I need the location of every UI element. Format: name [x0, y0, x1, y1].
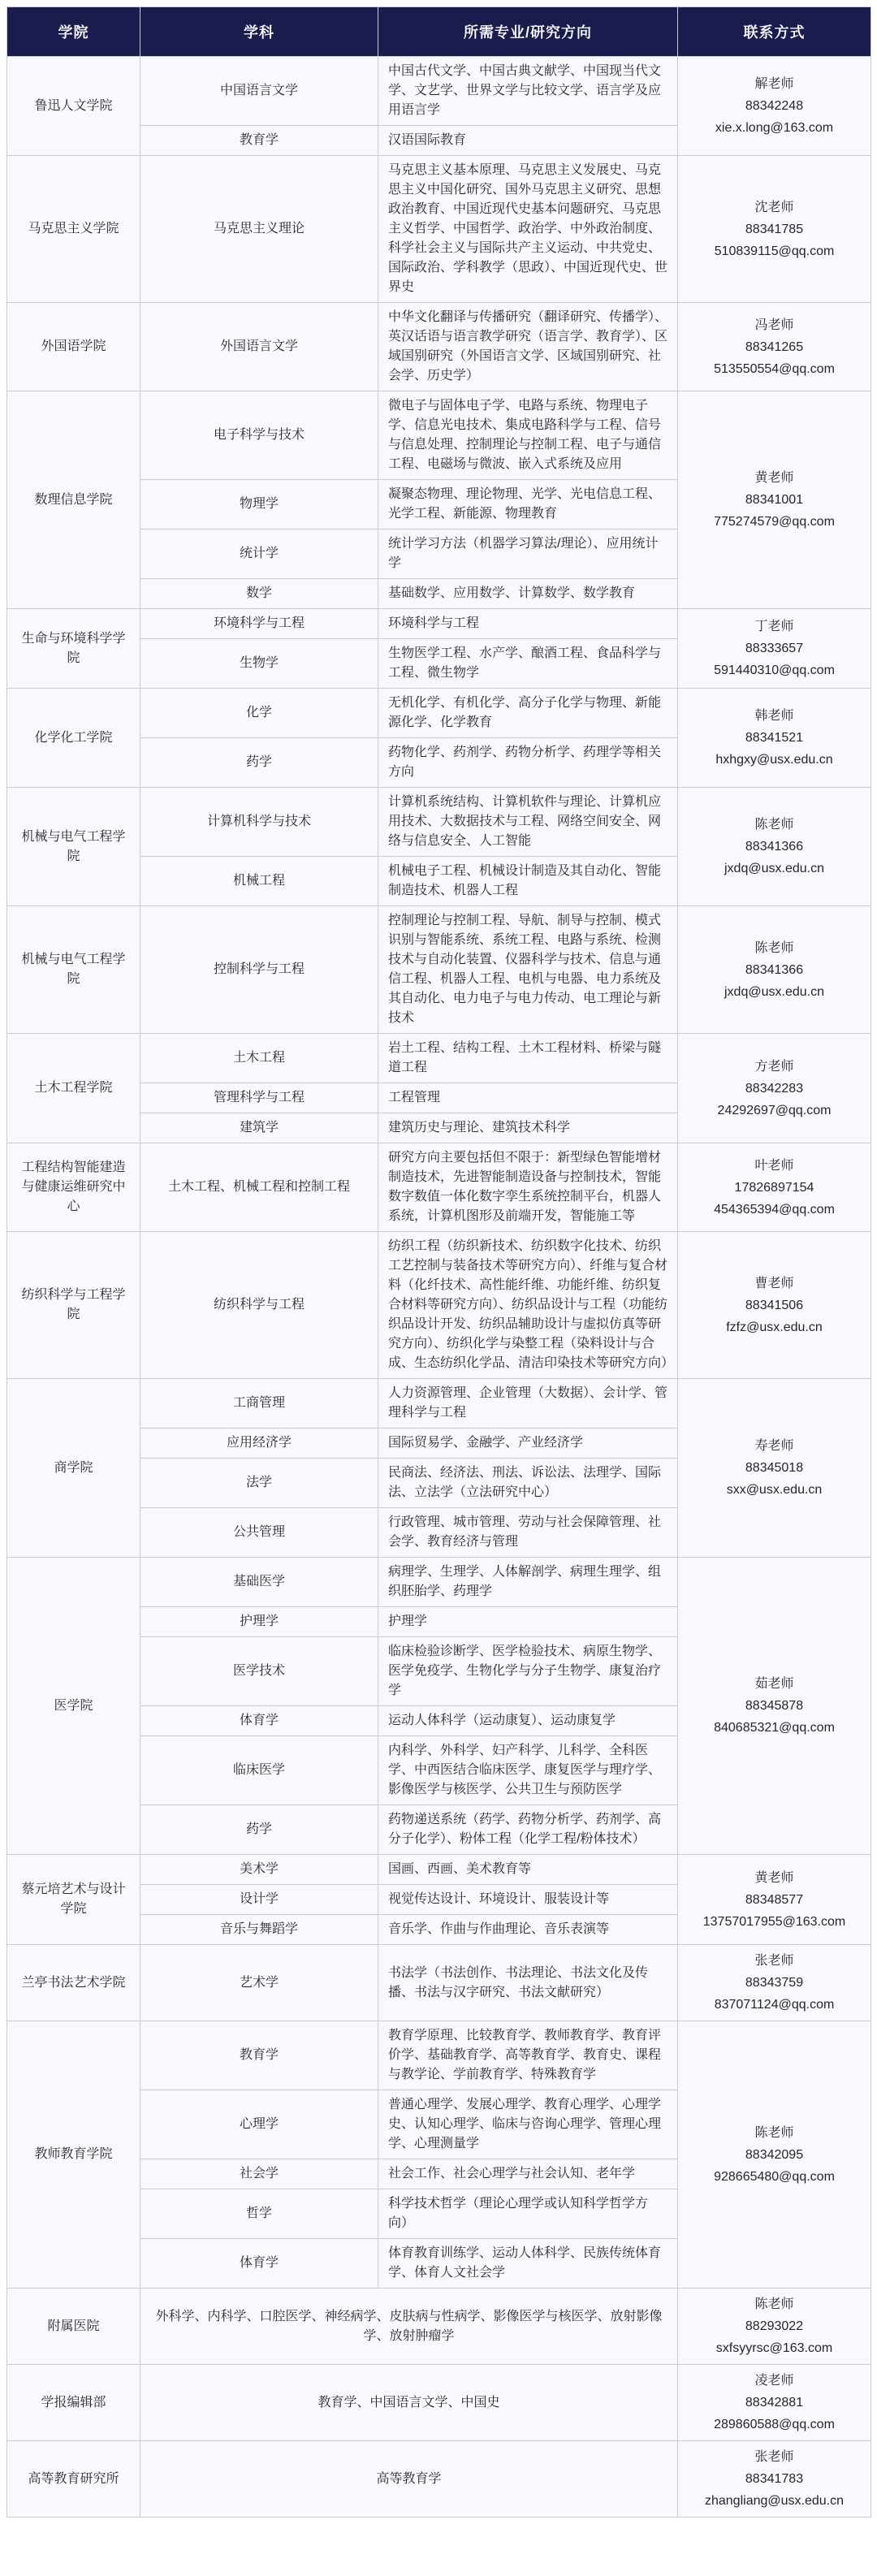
contact-phone: 17826897154: [688, 1177, 861, 1199]
contact-phone: 88345878: [688, 1695, 861, 1717]
subject-cell: 物理学: [140, 480, 378, 529]
contact-teacher-name: 解老师: [688, 73, 861, 95]
table-row: 工程结构智能建造与健康运维研究中心土木工程、机械工程和控制工程研究方向主要包括但…: [7, 1143, 871, 1232]
directions-cell: 药物递送系统（药学、药物分析学、药剂学、高分子化学）、粉体工程（化学工程/粉体技…: [378, 1805, 678, 1855]
table-header: 学院 学科 所需专业/研究方向 联系方式: [7, 7, 871, 57]
directions-cell: 运动人体科学（运动康复）、运动康复学: [378, 1706, 678, 1736]
contact-email: hxhgxy@usx.edu.cn: [688, 749, 861, 771]
college-cell: 马克思主义学院: [7, 156, 140, 303]
contact-teacher-name: 茹老师: [688, 1673, 861, 1695]
contact-email: sxx@usx.edu.cn: [688, 1479, 861, 1501]
subject-cell: 马克思主义理论: [140, 156, 378, 303]
subject-cell: 药学: [140, 1805, 378, 1855]
contact-cell: 沈老师88341785510839115@qq.com: [678, 156, 871, 303]
college-cell: 医学院: [7, 1558, 140, 1855]
contact-cell: 曹老师88341506fzfz@usx.edu.cn: [678, 1232, 871, 1379]
table-row: 教师教育学院教育学教育学原理、比较教育学、教师教育学、教育评价学、基础教育学、高…: [7, 2021, 871, 2090]
contact-teacher-name: 陈老师: [688, 937, 861, 959]
directions-cell: 药物化学、药剂学、药物分析学、药理学等相关方向: [378, 738, 678, 788]
table-row: 生命与环境科学学院环境科学与工程环境科学与工程丁老师88333657591440…: [7, 609, 871, 639]
contact-cell: 解老师88342248xie.x.long@163.com: [678, 57, 871, 156]
subject-cell: 环境科学与工程: [140, 609, 378, 639]
subject-cell: 外国语言文学: [140, 303, 378, 391]
directions-cell: 行政管理、城市管理、劳动与社会保障管理、社会学、教育经济与管理: [378, 1508, 678, 1558]
directions-cell: 无机化学、有机化学、高分子化学与物理、新能源化学、化学教育: [378, 689, 678, 738]
subject-cell: 控制科学与工程: [140, 906, 378, 1034]
contact-teacher-name: 曹老师: [688, 1273, 861, 1294]
college-cell: 学报编辑部: [7, 2365, 140, 2441]
subject-cell: 药学: [140, 738, 378, 788]
directions-cell: 书法学（书法创作、书法理论、书法文化及传播、书法与汉字研究、书法文献研究）: [378, 1945, 678, 2021]
directions-cell: 国际贸易学、金融学、产业经济学: [378, 1428, 678, 1459]
subject-cell: 机械工程: [140, 857, 378, 906]
directions-cell: 内科学、外科学、妇产科学、儿科学、全科医学、中西医结合临床医学、康复医学与理疗学…: [378, 1736, 678, 1805]
directions-cell: 音乐学、作曲与作曲理论、音乐表演等: [378, 1915, 678, 1945]
directions-cell: 工程管理: [378, 1083, 678, 1113]
contact-phone: 88342248: [688, 95, 861, 117]
contact-teacher-name: 黄老师: [688, 1867, 861, 1889]
college-cell: 纺织科学与工程学院: [7, 1232, 140, 1379]
contact-teacher-name: 沈老师: [688, 197, 861, 218]
subject-cell: 艺术学: [140, 1945, 378, 2021]
table-row: 机械与电气工程学院控制科学与工程控制理论与控制工程、导航、制导与控制、模式识别与…: [7, 906, 871, 1034]
contact-cell: 寿老师88345018sxx@usx.edu.cn: [678, 1379, 871, 1558]
college-cell: 机械与电气工程学院: [7, 906, 140, 1034]
directions-cell: 中国古代文学、中国古典文献学、中国现当代文学、文艺学、世界文学与比较文学、语言学…: [378, 57, 678, 126]
contact-teacher-name: 黄老师: [688, 467, 861, 489]
contact-email: 24292697@qq.com: [688, 1100, 861, 1122]
directions-cell: 凝聚态物理、理论物理、光学、光电信息工程、光学工程、新能源、物理教育: [378, 480, 678, 529]
subject-cell: 应用经济学: [140, 1428, 378, 1459]
recruitment-table: 学院 学科 所需专业/研究方向 联系方式 鲁迅人文学院中国语言文学中国古代文学、…: [6, 6, 871, 2518]
contact-email: jxdq@usx.edu.cn: [688, 981, 861, 1003]
contact-teacher-name: 陈老师: [688, 2293, 861, 2315]
subject-cell: 教育学: [140, 2021, 378, 2090]
table-row: 土木工程学院土木工程岩土工程、结构工程、土木工程材料、桥梁与隧道工程方老师883…: [7, 1034, 871, 1083]
contact-phone: 88343759: [688, 1972, 861, 1994]
directions-cell: 计算机系统结构、计算机软件与理论、计算机应用技术、大数据技术与工程、网络空间安全…: [378, 788, 678, 857]
contact-cell: 方老师8834228324292697@qq.com: [678, 1034, 871, 1143]
college-cell: 商学院: [7, 1379, 140, 1558]
contact-cell: 叶老师17826897154454365394@qq.com: [678, 1143, 871, 1232]
contact-teacher-name: 叶老师: [688, 1155, 861, 1177]
subject-cell: 设计学: [140, 1885, 378, 1915]
directions-cell: 研究方向主要包括但不限于：新型绿色智能增材制造技术，先进智能制造设备与控制技术，…: [378, 1143, 678, 1232]
table-row: 商学院工商管理人力资源管理、企业管理（大数据）、会计学、管理科学与工程寿老师88…: [7, 1379, 871, 1428]
directions-cell: 科学技术哲学（理论心理学或认知科学哲学方向）: [378, 2189, 678, 2239]
college-cell: 蔡元培艺术与设计学院: [7, 1855, 140, 1945]
subject-cell: 电子科学与技术: [140, 391, 378, 480]
contact-cell: 陈老师88293022sxfsyyrsc@163.com: [678, 2289, 871, 2365]
directions-cell: 环境科学与工程: [378, 609, 678, 639]
table-row: 附属医院外科学、内科学、口腔医学、神经病学、皮肤病与性病学、影像医学与核医学、放…: [7, 2289, 871, 2365]
college-cell: 高等教育研究所: [7, 2441, 140, 2518]
subject-cell: 管理科学与工程: [140, 1083, 378, 1113]
contact-email: sxfsyyrsc@163.com: [688, 2337, 861, 2359]
contact-teacher-name: 韩老师: [688, 705, 861, 727]
subject-cell: 数学: [140, 579, 378, 609]
subject-cell: 教育学: [140, 126, 378, 156]
contact-email: 513550554@qq.com: [688, 358, 861, 380]
contact-teacher-name: 寿老师: [688, 1435, 861, 1457]
contact-teacher-name: 张老师: [688, 2446, 861, 2468]
contact-email: 775274579@qq.com: [688, 511, 861, 533]
contact-phone: 88341001: [688, 489, 861, 511]
subject-cell: 心理学: [140, 2090, 378, 2159]
column-header-subject: 学科: [140, 7, 378, 57]
subject-cell: 生物学: [140, 639, 378, 689]
directions-cell: 控制理论与控制工程、导航、制导与控制、模式识别与智能系统、系统工程、电路与系统、…: [378, 906, 678, 1034]
merged-directions-cell: 高等教育学: [140, 2441, 678, 2518]
college-cell: 兰亭书法艺术学院: [7, 1945, 140, 2021]
contact-phone: 88341265: [688, 336, 861, 358]
college-cell: 生命与环境科学学院: [7, 609, 140, 689]
contact-cell: 丁老师88333657591440310@qq.com: [678, 609, 871, 689]
directions-cell: 建筑历史与理论、建筑技术科学: [378, 1113, 678, 1143]
contact-phone: 88345018: [688, 1457, 861, 1479]
table-row: 马克思主义学院马克思主义理论马克思主义基本原理、马克思主义发展史、马克思主义中国…: [7, 156, 871, 303]
contact-phone: 88341366: [688, 836, 861, 858]
contact-phone: 88341366: [688, 959, 861, 981]
contact-email: jxdq@usx.edu.cn: [688, 858, 861, 880]
college-cell: 机械与电气工程学院: [7, 788, 140, 906]
subject-cell: 中国语言文学: [140, 57, 378, 126]
subject-cell: 建筑学: [140, 1113, 378, 1143]
contact-email: 510839115@qq.com: [688, 240, 861, 262]
subject-cell: 哲学: [140, 2189, 378, 2239]
directions-cell: 生物医学工程、水产学、酿酒工程、食品科学与工程、微生物学: [378, 639, 678, 689]
contact-email: 454365394@qq.com: [688, 1199, 861, 1221]
contact-email: 13757017955@163.com: [688, 1911, 861, 1933]
contact-cell: 韩老师88341521hxhgxy@usx.edu.cn: [678, 689, 871, 788]
college-cell: 土木工程学院: [7, 1034, 140, 1143]
table-row: 机械与电气工程学院计算机科学与技术计算机系统结构、计算机软件与理论、计算机应用技…: [7, 788, 871, 857]
contact-phone: 88341783: [688, 2468, 861, 2490]
contact-email: zhangliang@usx.edu.cn: [688, 2490, 861, 2512]
contact-cell: 陈老师88341366jxdq@usx.edu.cn: [678, 788, 871, 906]
contact-phone: 88342881: [688, 2392, 861, 2414]
contact-email: 591440310@qq.com: [688, 659, 861, 681]
table-row: 外国语学院外国语言文学中华文化翻译与传播研究（翻译研究、传播学）、英汉话语与语言…: [7, 303, 871, 391]
directions-cell: 中华文化翻译与传播研究（翻译研究、传播学）、英汉话语与语言教学研究（语言学、教育…: [378, 303, 678, 391]
column-header-contact: 联系方式: [678, 7, 871, 57]
subject-cell: 社会学: [140, 2159, 378, 2189]
contact-phone: 88341506: [688, 1294, 861, 1316]
table-row: 鲁迅人文学院中国语言文学中国古代文学、中国古典文献学、中国现当代文学、文艺学、世…: [7, 57, 871, 126]
contact-phone: 88333657: [688, 638, 861, 659]
contact-phone: 88341785: [688, 218, 861, 240]
directions-cell: 民商法、经济法、刑法、诉讼法、法理学、国际法、立法学（立法研究中心）: [378, 1459, 678, 1508]
subject-cell: 法学: [140, 1459, 378, 1508]
subject-cell: 土木工程: [140, 1034, 378, 1083]
contact-cell: 陈老师88341366jxdq@usx.edu.cn: [678, 906, 871, 1034]
merged-directions-cell: 教育学、中国语言文学、中国史: [140, 2365, 678, 2441]
subject-cell: 统计学: [140, 529, 378, 579]
contact-cell: 冯老师88341265513550554@qq.com: [678, 303, 871, 391]
subject-cell: 公共管理: [140, 1508, 378, 1558]
contact-cell: 凌老师88342881289860588@qq.com: [678, 2365, 871, 2441]
table-row: 高等教育研究所高等教育学张老师88341783zhangliang@usx.ed…: [7, 2441, 871, 2518]
subject-cell: 化学: [140, 689, 378, 738]
college-cell: 外国语学院: [7, 303, 140, 391]
contact-teacher-name: 方老师: [688, 1056, 861, 1078]
contact-cell: 黄老师88341001775274579@qq.com: [678, 391, 871, 609]
directions-cell: 普通心理学、发展心理学、教育心理学、心理学史、认知心理学、临床与咨询心理学、管理…: [378, 2090, 678, 2159]
subject-cell: 临床医学: [140, 1736, 378, 1805]
recruitment-page: 学院 学科 所需专业/研究方向 联系方式 鲁迅人文学院中国语言文学中国古代文学、…: [0, 0, 877, 2524]
contact-teacher-name: 冯老师: [688, 314, 861, 336]
college-cell: 工程结构智能建造与健康运维研究中心: [7, 1143, 140, 1232]
contact-phone: 88342095: [688, 2144, 861, 2166]
contact-cell: 陈老师88342095928665480@qq.com: [678, 2021, 871, 2289]
college-cell: 附属医院: [7, 2289, 140, 2365]
contact-email: 840685321@qq.com: [688, 1717, 861, 1739]
subject-cell: 体育学: [140, 2239, 378, 2289]
subject-cell: 基础医学: [140, 1558, 378, 1607]
subject-cell: 医学技术: [140, 1637, 378, 1706]
table-row: 蔡元培艺术与设计学院美术学国画、西画、美术教育等黄老师8834857713757…: [7, 1855, 871, 1885]
contact-phone: 88341521: [688, 727, 861, 749]
directions-cell: 教育学原理、比较教育学、教师教育学、教育评价学、基础教育学、高等教育学、教育史、…: [378, 2021, 678, 2090]
subject-cell: 体育学: [140, 1706, 378, 1736]
table-row: 学报编辑部教育学、中国语言文学、中国史凌老师88342881289860588@…: [7, 2365, 871, 2441]
subject-cell: 土木工程、机械工程和控制工程: [140, 1143, 378, 1232]
subject-cell: 计算机科学与技术: [140, 788, 378, 857]
directions-cell: 岩土工程、结构工程、土木工程材料、桥梁与隧道工程: [378, 1034, 678, 1083]
college-cell: 化学化工学院: [7, 689, 140, 788]
merged-directions-cell: 外科学、内科学、口腔医学、神经病学、皮肤病与性病学、影像医学与核医学、放射影像学…: [140, 2289, 678, 2365]
subject-cell: 工商管理: [140, 1379, 378, 1428]
college-cell: 教师教育学院: [7, 2021, 140, 2289]
contact-cell: 黄老师8834857713757017955@163.com: [678, 1855, 871, 1945]
directions-cell: 护理学: [378, 1607, 678, 1637]
directions-cell: 统计学习方法（机器学习算法/理论）、应用统计学: [378, 529, 678, 579]
directions-cell: 微电子与固体电子学、电路与系统、物理电子学、信息光电技术、集成电路科学与工程、信…: [378, 391, 678, 480]
directions-cell: 马克思主义基本原理、马克思主义发展史、马克思主义中国化研究、国外马克思主义研究、…: [378, 156, 678, 303]
directions-cell: 人力资源管理、企业管理（大数据）、会计学、管理科学与工程: [378, 1379, 678, 1428]
contact-email: 289860588@qq.com: [688, 2414, 861, 2436]
college-cell: 鲁迅人文学院: [7, 57, 140, 156]
table-row: 医学院基础医学病理学、生理学、人体解剖学、病理生理学、组织胚胎学、药理学茹老师8…: [7, 1558, 871, 1607]
contact-teacher-name: 陈老师: [688, 2122, 861, 2144]
directions-cell: 体育教育训练学、运动人体科学、民族传统体育学、体育人文社会学: [378, 2239, 678, 2289]
directions-cell: 国画、西画、美术教育等: [378, 1855, 678, 1885]
directions-cell: 社会工作、社会心理学与社会认知、老年学: [378, 2159, 678, 2189]
contact-phone: 88342283: [688, 1078, 861, 1100]
table-row: 数理信息学院电子科学与技术微电子与固体电子学、电路与系统、物理电子学、信息光电技…: [7, 391, 871, 480]
contact-teacher-name: 丁老师: [688, 616, 861, 638]
directions-cell: 视觉传达设计、环境设计、服装设计等: [378, 1885, 678, 1915]
contact-cell: 张老师88343759837071124@qq.com: [678, 1945, 871, 2021]
directions-cell: 纺织工程（纺织新技术、纺织数字化技术、纺织工艺控制与装备技术等研究方向）、纤维与…: [378, 1232, 678, 1379]
subject-cell: 护理学: [140, 1607, 378, 1637]
contact-phone: 88293022: [688, 2315, 861, 2337]
contact-email: xie.x.long@163.com: [688, 117, 861, 139]
directions-cell: 临床检验诊断学、医学检验技术、病原生物学、医学免疫学、生物化学与分子生物学、康复…: [378, 1637, 678, 1706]
contact-teacher-name: 凌老师: [688, 2370, 861, 2392]
contact-email: 928665480@qq.com: [688, 2166, 861, 2188]
contact-teacher-name: 陈老师: [688, 814, 861, 836]
contact-cell: 茹老师88345878840685321@qq.com: [678, 1558, 871, 1855]
directions-cell: 病理学、生理学、人体解剖学、病理生理学、组织胚胎学、药理学: [378, 1558, 678, 1607]
column-header-directions: 所需专业/研究方向: [378, 7, 678, 57]
contact-email: 837071124@qq.com: [688, 1994, 861, 2016]
contact-cell: 张老师88341783zhangliang@usx.edu.cn: [678, 2441, 871, 2518]
subject-cell: 纺织科学与工程: [140, 1232, 378, 1379]
column-header-college: 学院: [7, 7, 140, 57]
table-row: 兰亭书法艺术学院艺术学书法学（书法创作、书法理论、书法文化及传播、书法与汉字研究…: [7, 1945, 871, 2021]
contact-phone: 88348577: [688, 1889, 861, 1911]
directions-cell: 基础数学、应用数学、计算数学、数学教育: [378, 579, 678, 609]
table-row: 纺织科学与工程学院纺织科学与工程纺织工程（纺织新技术、纺织数字化技术、纺织工艺控…: [7, 1232, 871, 1379]
contact-email: fzfz@usx.edu.cn: [688, 1316, 861, 1338]
header-row: 学院 学科 所需专业/研究方向 联系方式: [7, 7, 871, 57]
subject-cell: 美术学: [140, 1855, 378, 1885]
contact-teacher-name: 张老师: [688, 1950, 861, 1972]
college-cell: 数理信息学院: [7, 391, 140, 609]
directions-cell: 汉语国际教育: [378, 126, 678, 156]
subject-cell: 音乐与舞蹈学: [140, 1915, 378, 1945]
directions-cell: 机械电子工程、机械设计制造及其自动化、智能制造技术、机器人工程: [378, 857, 678, 906]
table-row: 化学化工学院化学无机化学、有机化学、高分子化学与物理、新能源化学、化学教育韩老师…: [7, 689, 871, 738]
table-body: 鲁迅人文学院中国语言文学中国古代文学、中国古典文献学、中国现当代文学、文艺学、世…: [7, 57, 871, 2518]
